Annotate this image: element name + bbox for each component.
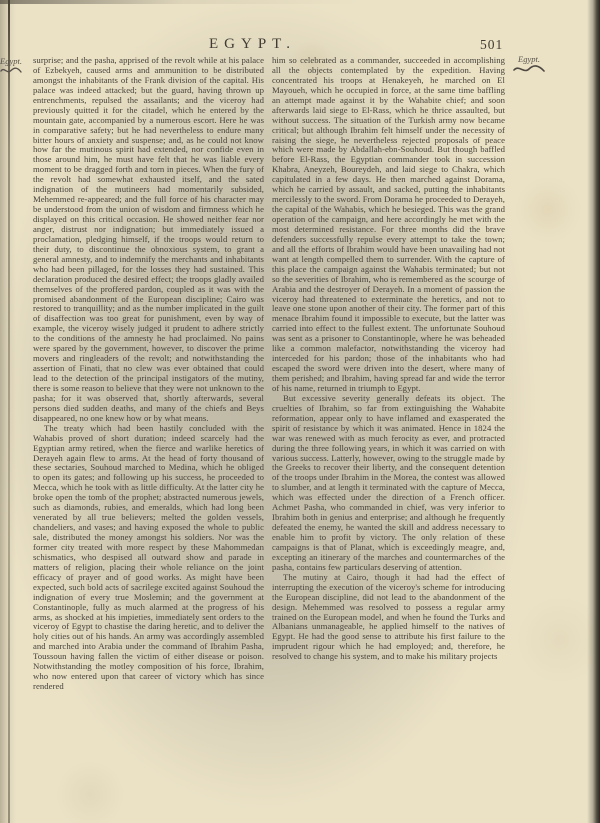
text-column-right: him so celebrated as a commander, succee… bbox=[272, 56, 505, 662]
paragraph: him so celebrated as a commander, succee… bbox=[272, 56, 505, 394]
flourish-icon bbox=[513, 64, 545, 75]
margin-note-left-label: Egypt. bbox=[0, 56, 22, 66]
scan-right-edge bbox=[587, 0, 600, 823]
paragraph: But excessive severity generally defeats… bbox=[272, 394, 505, 573]
flourish-icon bbox=[0, 66, 22, 75]
margin-note-right: Egypt. bbox=[511, 55, 547, 75]
scan-top-shadow bbox=[0, 0, 600, 4]
scanned-book-page: EGYPT. 501 Egypt. Egypt. surprise; and t… bbox=[0, 0, 600, 823]
binding-crease-line bbox=[8, 0, 10, 823]
paragraph: The mutiny at Cairo, though it had had t… bbox=[272, 573, 505, 662]
paragraph: The treaty which had been hastily conclu… bbox=[33, 424, 264, 692]
text-column-left: surprise; and the pasha, apprised of the… bbox=[33, 56, 264, 692]
margin-note-right-label: Egypt. bbox=[518, 54, 540, 64]
paragraph: surprise; and the pasha, apprised of the… bbox=[33, 56, 264, 424]
running-header-title: EGYPT. bbox=[0, 36, 505, 53]
page-number: 501 bbox=[480, 37, 520, 53]
margin-note-left: Egypt. bbox=[0, 57, 26, 75]
